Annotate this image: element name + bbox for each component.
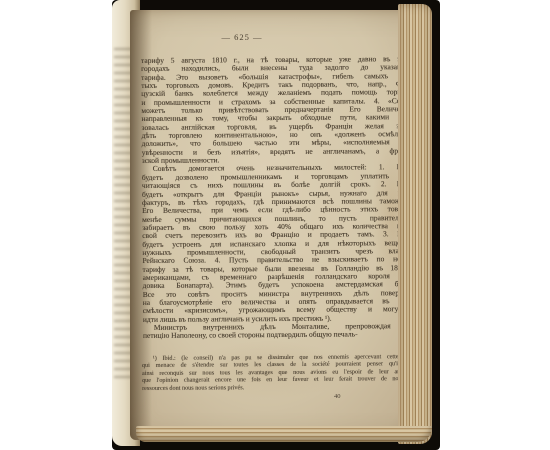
main-text: тарифу 5 августа 1810 г., на тѣ товары, … <box>141 55 417 341</box>
text-line: ressources dont nous nous serions privés… <box>142 383 416 392</box>
bottom-edge-pages <box>136 426 432 442</box>
page-number: — 625 — <box>134 32 350 42</box>
book-photo: — 625 — тарифу 5 августа 1810 г., на тѣ … <box>0 0 550 450</box>
text-line: петицію Наполеону, со своей стороны подт… <box>143 330 417 340</box>
footnote: ¹) Ibid.: (le conseil) n'a pas pu se dis… <box>142 353 416 392</box>
signature-mark: 40 <box>334 393 341 400</box>
fore-edge-pages <box>398 4 432 444</box>
book-page: — 625 — тарифу 5 августа 1810 г., на тѣ … <box>130 10 430 440</box>
